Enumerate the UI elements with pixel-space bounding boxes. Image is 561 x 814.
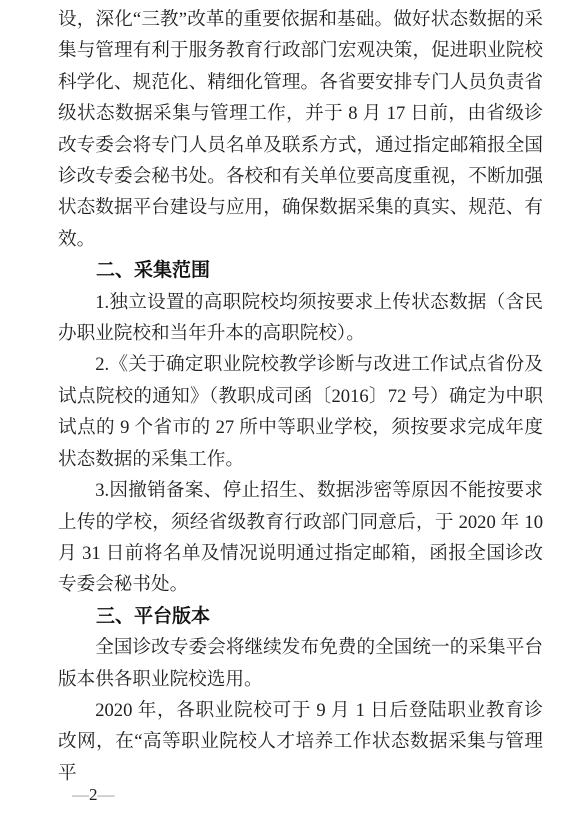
section-heading-collection-scope: 二、采集范围	[58, 255, 543, 286]
body-paragraph-item-3: 3.因撤销备案、停止招生、数据涉密等原因不能按要求上传的学校，须经省级教育行政部…	[58, 475, 543, 601]
page-number-value: 2	[89, 785, 98, 804]
body-paragraph-platform: 全国诊改专委会将继续发布免费的全国统一的采集平台版本供各职业院校选用。	[58, 632, 543, 695]
body-paragraph-item-1: 1.独立设置的高职院校均须按要求上传状态数据（含民办职业院校和当年升本的高职院校…	[58, 287, 543, 350]
page-number-dash-right: —	[98, 785, 115, 804]
document-content: 设，深化“三教”改革的重要依据和基础。做好状态数据的采集与管理有利于服务教育行政…	[58, 4, 543, 789]
document-page: 设，深化“三教”改革的重要依据和基础。做好状态数据的采集与管理有利于服务教育行政…	[0, 0, 561, 814]
body-paragraph-continuation: 设，深化“三教”改革的重要依据和基础。做好状态数据的采集与管理有利于服务教育行政…	[58, 4, 543, 255]
page-number-dash-left: —	[72, 785, 89, 804]
page-number: —2—	[72, 786, 115, 803]
body-paragraph-item-2: 2.《关于确定职业院校教学诊断与改进工作试点省份及试点院校的通知》（教职成司函〔…	[58, 349, 543, 475]
section-heading-platform-version: 三、平台版本	[58, 601, 543, 632]
body-paragraph-login: 2020 年，各职业院校可于 9 月 1 日后登陆职业教育诊改网，在“高等职业院…	[58, 695, 543, 789]
